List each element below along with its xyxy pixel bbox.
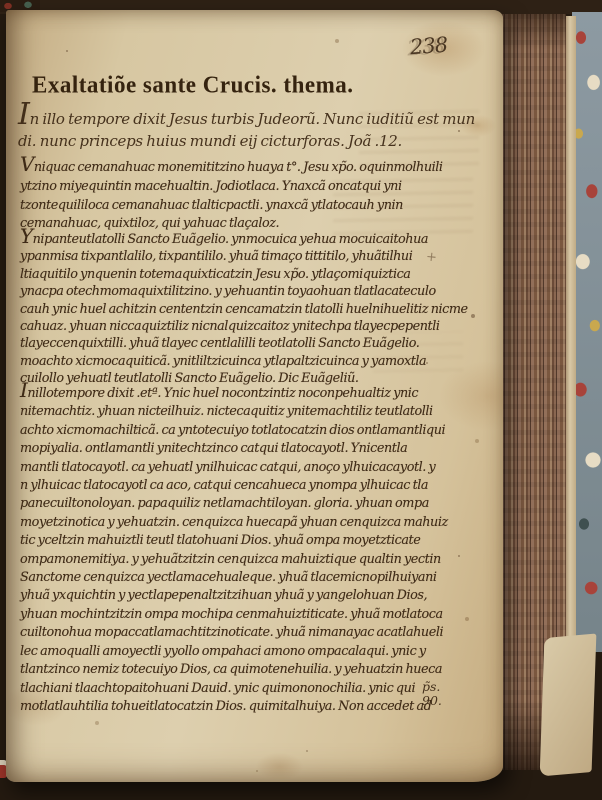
text-line: yhuã yxquichtin y yectlapepenaltzitzihua… bbox=[20, 587, 492, 605]
text-line: lec amoqualli amoyectli yyollo ompahaci … bbox=[20, 643, 492, 661]
paragraph-nahuatl-3: Inillotempore dixit .etª. Ynic huel noco… bbox=[20, 382, 492, 716]
text-line: yhuan mochintzitzin ompa mochipa cenmahu… bbox=[20, 606, 492, 624]
manuscript-page: 238 Exaltatiõe sante Crucis. thema. In i… bbox=[6, 10, 503, 782]
text-line: Inillotempore dixit .etª. Ynic huel noco… bbox=[20, 382, 492, 403]
text-line: moachto xicmocaquiticã. ynitliltzicuinca… bbox=[20, 353, 492, 370]
text-line: ypanmisa tixpantlalilo, tixpantililo. yh… bbox=[20, 248, 492, 265]
page-number: 238 bbox=[409, 33, 448, 60]
text-line: cauh ynic huel achitzin cententzin cenca… bbox=[20, 301, 492, 318]
text-line: mantli tlatocayotl. ca yehuatl ynilhuica… bbox=[20, 459, 492, 477]
paragraph-nahuatl-2: Ynipanteutlatolli Sancto Euãgelio. ynmoc… bbox=[20, 228, 492, 388]
paragraph-nahuatl-1: Vniquac cemanahuac monemititzino huaya t… bbox=[20, 156, 492, 234]
text-line: panecuiltonoloyan. papaquiliz netlamacht… bbox=[20, 495, 492, 513]
text-line: tlantzinco nemiz totecuiyo Dios, ca quim… bbox=[20, 661, 492, 679]
text-line: Sanctome cenquizca yectlamacehualeque. y… bbox=[20, 569, 492, 587]
text-line: achto xicmomachilticã. ca yntotecuiyo to… bbox=[20, 422, 492, 440]
text-line: In illo tempore dixit Jesus turbis Judeo… bbox=[18, 104, 496, 130]
text-line: ltiaquitilo ynquenin totemaquixticatzin … bbox=[20, 266, 492, 283]
latin-incipit: In illo tempore dixit Jesus turbis Judeo… bbox=[18, 104, 496, 152]
text-line: cahuaz. yhuan niccaquiztiliz nicnalquizc… bbox=[20, 318, 492, 335]
text-line: n ylhuicac tlatocayotl ca aco, catqui ce… bbox=[20, 477, 492, 495]
page-title: Exaltatiõe sante Crucis. thema. bbox=[32, 71, 354, 99]
marbled-endpaper bbox=[572, 12, 602, 652]
text-line: tlayeccenquixtilli. yhuã tlayec centlali… bbox=[20, 335, 492, 352]
text-line: ynacpa otechmomaquixtilitzino. y yehuant… bbox=[20, 283, 492, 300]
underlying-page-corner bbox=[540, 633, 597, 776]
text-line: ytzino miyequintin macehualtin. Jodiotla… bbox=[20, 178, 492, 197]
text-line: ompamonemitiya. y yehuãtzitzin cenquizca… bbox=[20, 551, 492, 569]
text-line: tic yceltzin mahuiztli teutl tlatohuani … bbox=[20, 532, 492, 550]
margin-note-number: 90. bbox=[422, 694, 442, 708]
text-line: cuiltonohua mopaccatlamachtitzinoticate.… bbox=[20, 624, 492, 642]
text-line: tzontequililoca cemanahuac tlalticpactli… bbox=[20, 197, 492, 216]
margin-note-abbr: p̃s. bbox=[422, 680, 442, 694]
margin-cross-mark: + bbox=[425, 249, 437, 265]
margin-note-psalm-ref: p̃s. 90. bbox=[422, 680, 442, 708]
text-line: Ynipanteutlatolli Sancto Euãgelio. ynmoc… bbox=[20, 228, 492, 248]
text-line: mopiyalia. ontlamantli ynitechtzinco cat… bbox=[20, 440, 492, 458]
text-line: nitemachtiz. yhuan nicteilhuiz. nictecaq… bbox=[20, 403, 492, 421]
text-line: moyetzinotica y yehuatzin. cenquizca hue… bbox=[20, 514, 492, 532]
page-edge-sliver bbox=[565, 16, 576, 676]
ink-specks bbox=[6, 10, 8, 12]
manuscript-photo: 238 Exaltatiõe sante Crucis. thema. In i… bbox=[0, 0, 602, 800]
text-line: Vniquac cemanahuac monemititzino huaya t… bbox=[20, 156, 492, 178]
text-line: di. nunc princeps huius mundi eij cictur… bbox=[18, 130, 496, 152]
